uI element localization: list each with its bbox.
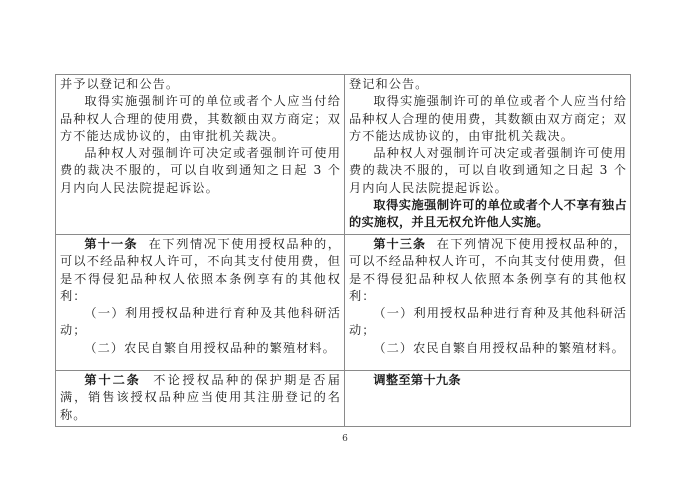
list-item: （二）农民自繁自用授权品种的繁殖材料。: [60, 340, 341, 357]
paragraph: 取得实施强制许可的单位或者个人应当付给品种权人合理的使用费，其数额由双方商定；双…: [60, 93, 341, 145]
new-text-cell: 登记和公告。 取得实施强制许可的单位或者个人应当付给品种权人合理的使用费，其数额…: [345, 75, 631, 235]
page-number: 6: [0, 434, 690, 444]
article-paragraph: 第十二条 不论授权品种的保护期是否届满，销售该授权品种应当使用其注册登记的名称。: [60, 372, 341, 424]
adjustment-note: 调整至第十九条: [349, 372, 627, 389]
table-row: 并予以登记和公告。 取得实施强制许可的单位或者个人应当付给品种权人合理的使用费，…: [56, 75, 631, 235]
table-row: 第十二条 不论授权品种的保护期是否届满，销售该授权品种应当使用其注册登记的名称。…: [56, 371, 631, 427]
article-title: 第十二条: [84, 373, 140, 387]
document-page: 并予以登记和公告。 取得实施强制许可的单位或者个人应当付给品种权人合理的使用费，…: [0, 0, 690, 487]
article-title: 第十三条: [373, 237, 426, 251]
paragraph: 登记和公告。: [349, 76, 627, 93]
paragraph: 并予以登记和公告。: [60, 76, 341, 93]
old-text-cell: 第十二条 不论授权品种的保护期是否届满，销售该授权品种应当使用其注册登记的名称。: [56, 371, 345, 427]
old-text-cell: 第十一条 在下列情况下使用授权品种的，可以不经品种权人许可，不向其支付使用费，但…: [56, 235, 345, 371]
list-item: （一）利用授权品种进行育种及其他科研活动；: [349, 305, 627, 340]
paragraph: 取得实施强制许可的单位或者个人应当付给品种权人合理的使用费，其数额由双方商定；双…: [349, 93, 627, 145]
new-text-cell: 第十三条 在下列情况下使用授权品种的，可以不经品种权人许可，不向其支付使用费，但…: [345, 235, 631, 371]
new-text-cell: 调整至第十九条: [345, 371, 631, 427]
article-paragraph: 第十三条 在下列情况下使用授权品种的，可以不经品种权人许可，不向其支付使用费，但…: [349, 236, 627, 305]
added-paragraph: 取得实施强制许可的单位或者个人不享有独占的实施权，并且无权允许他人实施。: [349, 197, 627, 232]
list-item: （一）利用授权品种进行育种及其他科研活动；: [60, 305, 341, 340]
old-text-cell: 并予以登记和公告。 取得实施强制许可的单位或者个人应当付给品种权人合理的使用费，…: [56, 75, 345, 235]
comparison-table: 并予以登记和公告。 取得实施强制许可的单位或者个人应当付给品种权人合理的使用费，…: [55, 74, 631, 427]
article-title: 第十一条: [84, 237, 137, 251]
table-row: 第十一条 在下列情况下使用授权品种的，可以不经品种权人许可，不向其支付使用费，但…: [56, 235, 631, 371]
article-paragraph: 第十一条 在下列情况下使用授权品种的，可以不经品种权人许可，不向其支付使用费，但…: [60, 236, 341, 305]
paragraph: 品种权人对强制许可决定或者强制许可使用费的裁决不服的，可以自收到通知之日起 3 …: [349, 145, 627, 197]
paragraph: 品种权人对强制许可决定或者强制许可使用费的裁决不服的，可以自收到通知之日起 3 …: [60, 145, 341, 197]
list-item: （二）农民自繁自用授权品种的繁殖材料。: [349, 340, 627, 357]
